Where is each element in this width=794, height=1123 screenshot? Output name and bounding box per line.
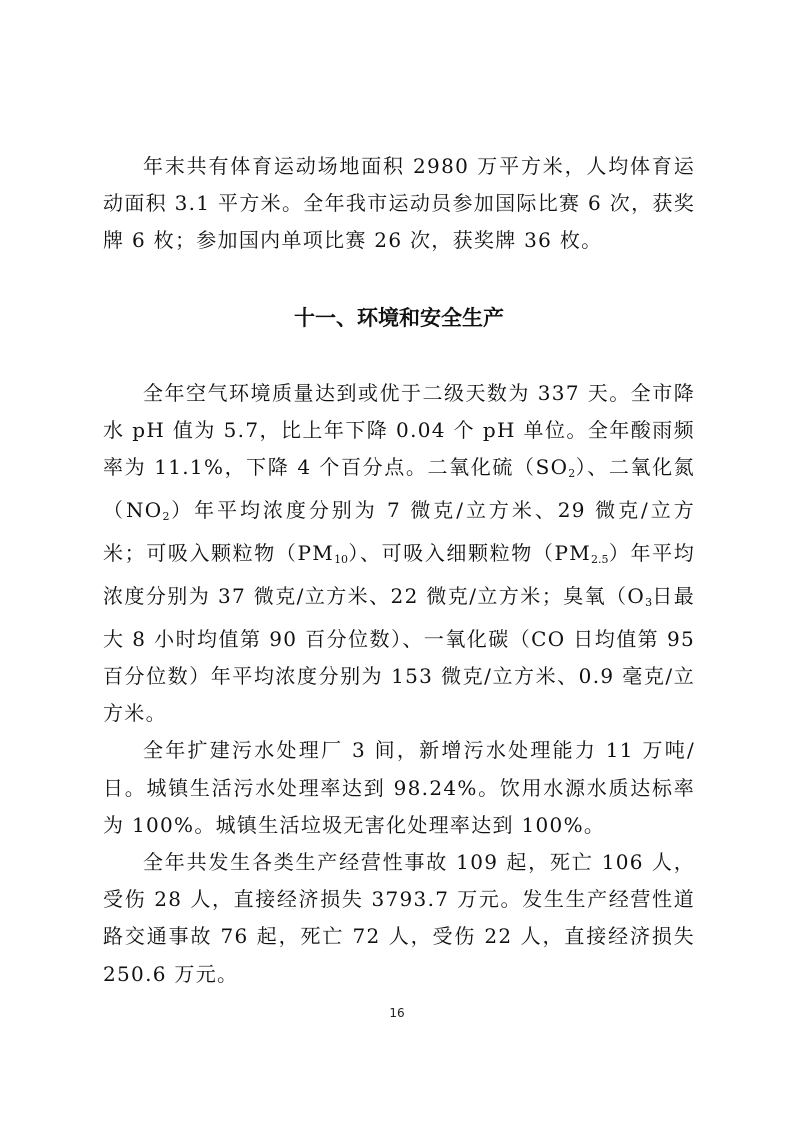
subscript-pm10: 10 bbox=[334, 553, 348, 566]
subscript-pm25: 2.5 bbox=[591, 553, 609, 566]
page-number: 16 bbox=[0, 1006, 794, 1020]
text-run: ）、可吸入细颗粒物（PM bbox=[348, 541, 591, 565]
paragraph-water: 全年扩建污水处理厂 3 间，新增污水处理能力 11 万吨/日。城镇生活污水处理率… bbox=[103, 732, 695, 844]
section-heading: 十一、环境和安全生产 bbox=[103, 303, 695, 333]
paragraph-sports: 年末共有体育运动场地面积 2980 万平方米，人均体育运动面积 3.1 平方米。… bbox=[103, 148, 695, 260]
paragraph-air-quality: 全年空气环境质量达到或优于二级天数为 337 天。全市降水 pH 值为 5.7，… bbox=[103, 375, 695, 733]
paragraph-safety: 全年共发生各类生产经营性事故 109 起，死亡 106 人，受伤 28 人，直接… bbox=[103, 844, 695, 993]
document-page: 年末共有体育运动场地面积 2980 万平方米，人均体育运动面积 3.1 平方米。… bbox=[103, 148, 695, 993]
